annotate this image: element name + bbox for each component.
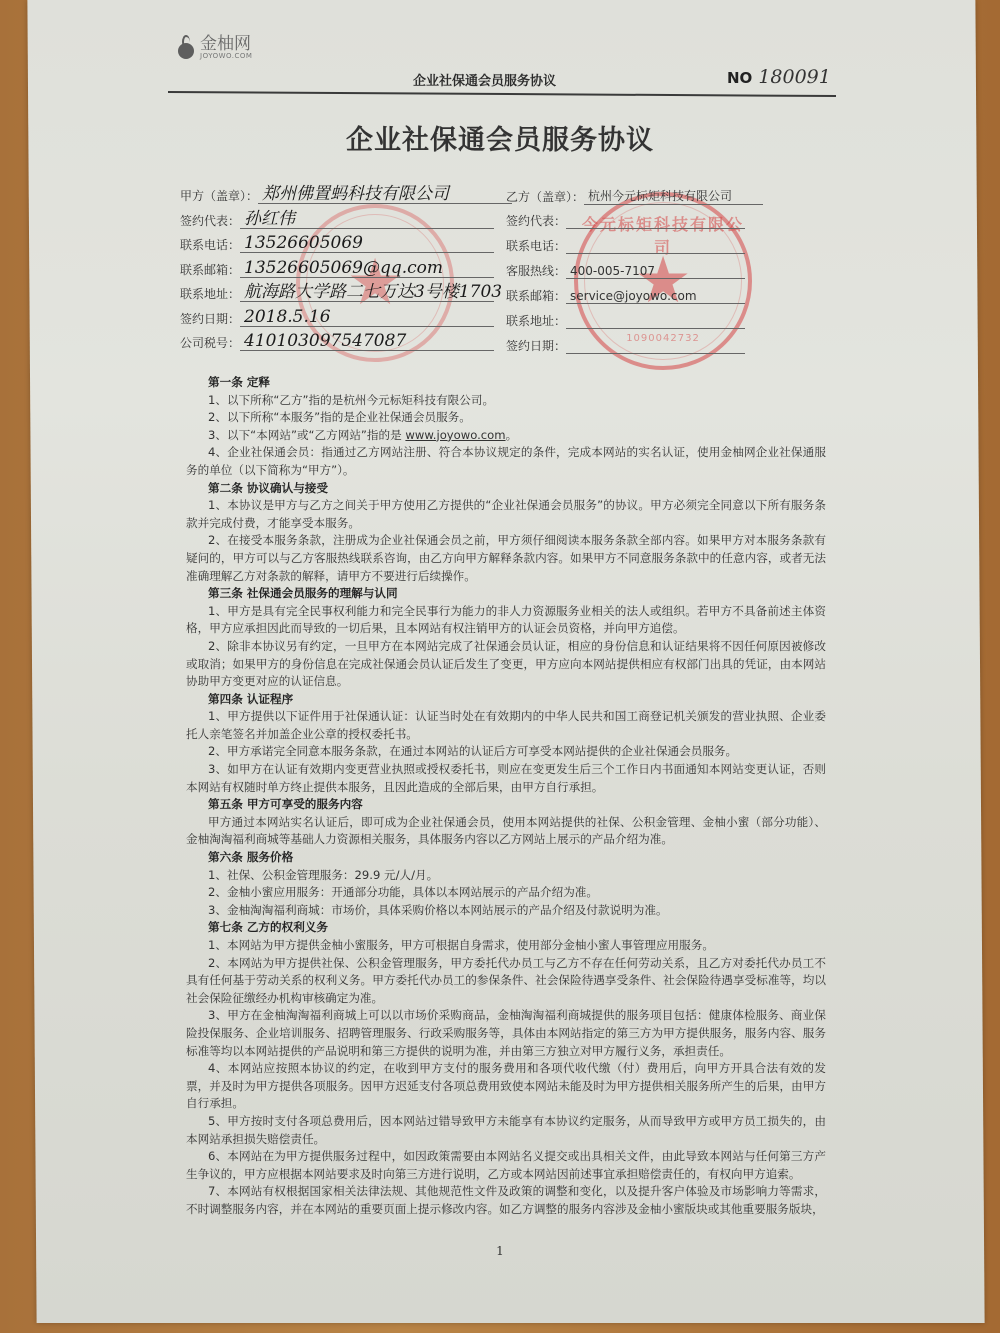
field-label: 公司税号：	[180, 334, 240, 351]
article-paragraph: 3、以下“本网站”或“乙方网站”指的是 www.joyowo.com。	[186, 427, 826, 445]
party-b-field: 签约日期：	[506, 337, 745, 354]
article-paragraph: 1、本网站为甲方提供金柚小蜜服务，甲方可根据自身需求，使用部分金柚小蜜人事管理应…	[186, 937, 826, 955]
page-number: 1	[0, 1244, 1000, 1258]
field-value: 孙红伟	[240, 211, 494, 229]
article-title: 第七条 乙方的权利义务	[186, 919, 826, 937]
field-value: 航海路大学路二七万达3号楼1703	[240, 284, 494, 302]
contract-body: 第一条 定释1、以下所称“乙方”指的是杭州今元标矩科技有限公司。2、以下所称“本…	[186, 374, 826, 1219]
field-label: 联系电话：	[506, 237, 566, 254]
article-paragraph: 7、本网站有权根据国家相关法律法规、其他规范性文件及政策的调整和变化，以及提升客…	[186, 1183, 826, 1218]
field-value: service@joyowo.com	[566, 289, 745, 304]
article-paragraph: 6、本网站在为甲方提供服务过程中，如因政策需要由本网站名义提交或出具相关文件，由…	[186, 1148, 826, 1183]
article-title: 第六条 服务价格	[186, 849, 826, 867]
field-value: 410103097547087	[240, 333, 494, 351]
field-label: 签约日期：	[506, 337, 566, 354]
field-value	[566, 214, 745, 229]
doc-number-value: 180091	[758, 66, 831, 88]
article-paragraph: 2、甲方承诺完全同意本服务条款，在通过本网站的认证后方可享受本网站提供的企业社保…	[186, 743, 826, 761]
field-label: 联系电话：	[180, 236, 240, 253]
field-label: 联系邮箱：	[180, 261, 240, 278]
article-title: 第三条 社保通会员服务的理解与认同	[186, 585, 826, 603]
article-paragraph: 3、如甲方在认证有效期内变更营业执照或授权委托书，则应在变更发生后三个工作日内书…	[186, 761, 826, 796]
article-paragraph: 1、本协议是甲方与乙方之间关于甲方使用乙方提供的“企业社保通会员服务”的协议。甲…	[186, 497, 826, 532]
article-paragraph: 4、企业社保通会员：指通过乙方网站注册、符合本协议规定的条件，完成本网站的实名认…	[186, 444, 826, 479]
article-paragraph: 1、社保、公积金管理服务：29.9 元/人/月。	[186, 867, 826, 885]
article-paragraph: 2、金柚小蜜应用服务：开通部分功能，具体以本网站展示的产品介绍为准。	[186, 884, 826, 902]
party-a-field: 签约日期：2018.5.16	[180, 309, 494, 327]
party-a-field: 联系电话：13526605069	[180, 235, 494, 253]
field-value	[566, 239, 745, 254]
article-title: 第一条 定释	[186, 374, 826, 392]
party-a-field: 签约代表：孙红伟	[180, 211, 494, 229]
article-paragraph: 1、甲方提供以下证件用于社保通认证：认证当时处在有效期内的中华人民共和国工商登记…	[186, 708, 826, 743]
party-a-field: 联系邮箱：13526605069@qq.com	[180, 260, 494, 278]
field-label: 联系地址：	[506, 312, 566, 329]
field-label: 联系邮箱：	[506, 287, 566, 304]
field-value	[566, 314, 745, 329]
field-value: 2018.5.16	[240, 309, 494, 327]
field-value: 400-005-7107	[566, 264, 745, 279]
field-value: 13526605069@qq.com	[240, 260, 494, 278]
party-b-field: 乙方（盖章）：杭州今元标矩科技有限公司	[506, 187, 763, 205]
article-paragraph: 5、甲方按时支付各项总费用后，因本网站过错导致甲方未能享有本协议约定服务，从而导…	[186, 1113, 826, 1148]
party-b-field: 联系电话：	[506, 237, 745, 254]
article-title: 第五条 甲方可享受的服务内容	[186, 796, 826, 814]
field-label: 联系地址：	[180, 285, 240, 302]
doc-header-title: 企业社保通会员服务协议	[413, 70, 556, 89]
party-b-field: 签约代表：	[506, 212, 745, 229]
article-paragraph: 2、以下所称“本服务”指的是企业社保通会员服务。	[186, 409, 826, 427]
article-paragraph: 3、甲方在金柚淘淘福利商城上可以以市场价采购商品，金柚淘淘福利商城提供的服务项目…	[186, 1007, 826, 1060]
party-a-field: 联系地址：航海路大学路二七万达3号楼1703	[180, 284, 494, 302]
party-a-field: 甲方（盖章）：郑州佛置蚂科技有限公司	[180, 186, 512, 204]
page-title: 企业社保通会员服务协议	[0, 118, 1000, 157]
article-paragraph: 2、本网站为甲方提供社保、公积金管理服务，甲方委托代办员工与乙方不存在任何劳动关…	[186, 955, 826, 1008]
article-paragraph: 2、在接受本服务条款，注册成为企业社保通会员之前，甲方须仔细阅读本服务条款全部内…	[186, 532, 826, 585]
logo-cn-text: 金柚网	[200, 36, 252, 53]
field-value: 13526605069	[240, 235, 494, 253]
website-link[interactable]: www.joyowo.com	[405, 428, 505, 442]
article-paragraph: 4、本网站应按照本协议的约定，在收到甲方支付的服务费用和各项代收代缴（付）费用后…	[186, 1060, 826, 1113]
field-label: 乙方（盖章）：	[506, 188, 584, 205]
field-value: 郑州佛置蚂科技有限公司	[258, 186, 512, 204]
doc-number: NO180091	[727, 66, 831, 88]
field-label: 客服热线：	[506, 262, 566, 279]
joyowo-logo-icon	[176, 35, 196, 61]
field-label: 甲方（盖章）：	[180, 187, 258, 204]
party-b-field: 客服热线：400-005-7107	[506, 262, 745, 279]
field-value: 杭州今元标矩科技有限公司	[584, 187, 763, 205]
article-paragraph: 甲方通过本网站实名认证后，即可成为企业社保通会员，使用本网站提供的社保、公积金管…	[186, 814, 826, 849]
field-label: 签约日期：	[180, 310, 240, 327]
field-label: 签约代表：	[506, 212, 566, 229]
party-b-field: 联系地址：	[506, 312, 745, 329]
party-a-field: 公司税号：410103097547087	[180, 333, 494, 351]
article-paragraph: 1、以下所称“乙方”指的是杭州今元标矩科技有限公司。	[186, 392, 826, 410]
article-paragraph: 1、甲方是具有完全民事权利能力和完全民事行为能力的非人力资源服务业相关的法人或组…	[186, 603, 826, 638]
doc-number-label: NO	[727, 69, 752, 87]
article-title: 第二条 协议确认与接受	[186, 480, 826, 498]
field-label: 签约代表：	[180, 212, 240, 229]
article-paragraph: 3、金柚淘淘福利商城：市场价，具体采购价格以本网站展示的产品介绍及付款说明为准。	[186, 902, 826, 920]
field-value	[566, 339, 745, 354]
article-paragraph: 2、除非本协议另有约定，一旦甲方在本网站完成了社保通会员认证，相应的身份信息和认…	[186, 638, 826, 691]
joyowo-logo: 金柚网 JOYOWO.COM	[176, 35, 252, 61]
logo-en-text: JOYOWO.COM	[200, 53, 252, 60]
party-b-field: 联系邮箱：service@joyowo.com	[506, 287, 745, 304]
article-title: 第四条 认证程序	[186, 691, 826, 709]
